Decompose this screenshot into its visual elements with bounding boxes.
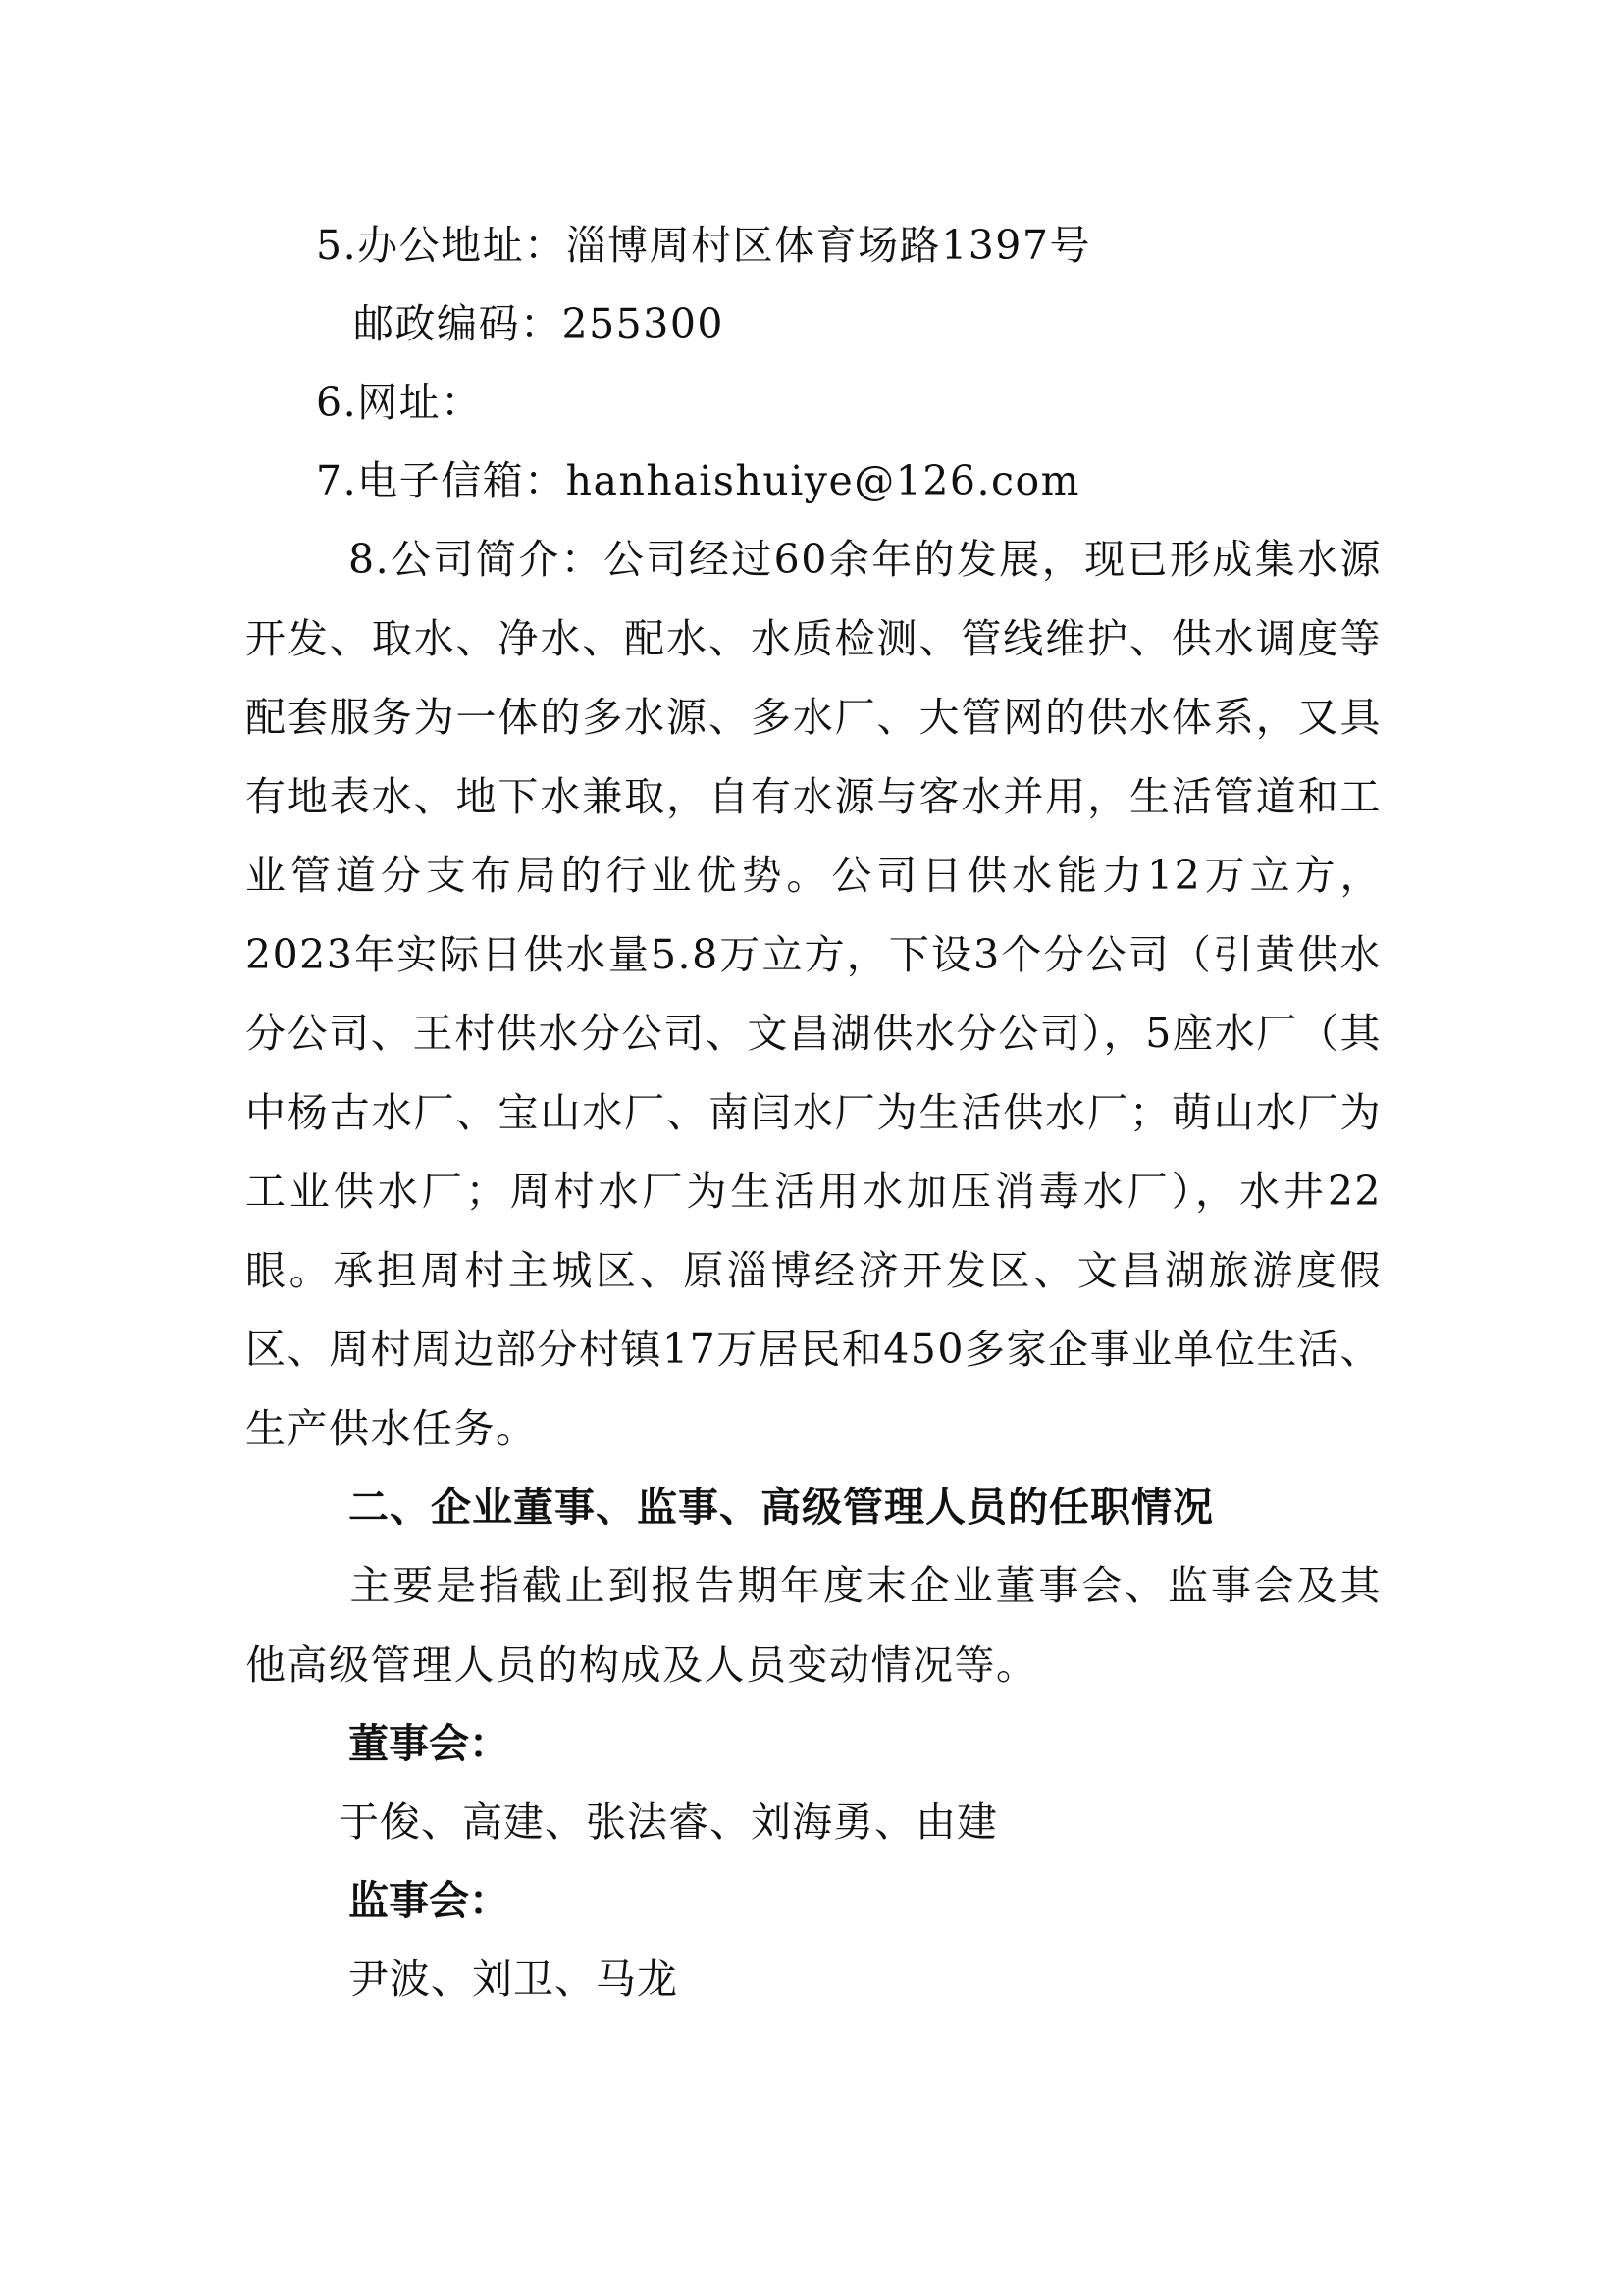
- email-value: hanhaishuiye@126.com: [566, 457, 1080, 504]
- section-intro-text: 主要是指截止到报告期年度末企业董事会、监事会及其他高级管理人员的构成及人员变动情…: [245, 1562, 1382, 1689]
- website-label: 6.网址：: [316, 379, 483, 426]
- postcode-line: 邮政编码：255300: [245, 285, 1382, 363]
- email-label: 7.电子信箱：: [316, 457, 566, 504]
- company-profile-paragraph: 8.公司简介：公司经过60余年的发展，现已形成集水源开发、取水、净水、配水、水质…: [245, 520, 1382, 1468]
- section-heading: 二、企业董事、监事、高级管理人员的任职情况: [245, 1468, 1382, 1546]
- supervisory-board-label: 监事会：: [245, 1861, 1382, 1940]
- profile-label: 8.公司简介：: [348, 536, 603, 583]
- supervisory-board-members: 尹波、刘卫、马龙: [245, 1940, 1382, 2018]
- section-intro-paragraph: 主要是指截止到报告期年度末企业董事会、监事会及其他高级管理人员的构成及人员变动情…: [245, 1546, 1382, 1704]
- board-members: 于俊、高建、张法睿、刘海勇、由建: [245, 1783, 1382, 1861]
- profile-text: 公司经过60余年的发展，现已形成集水源开发、取水、净水、配水、水质检测、管线维护…: [245, 536, 1382, 1452]
- address-line: 5.办公地址：淄博周村区体育场路1397号: [245, 206, 1382, 285]
- website-line: 6.网址：: [245, 363, 1382, 442]
- board-label: 董事会：: [245, 1704, 1382, 1783]
- address-value: 淄博周村区体育场路1397号: [566, 222, 1091, 269]
- address-label: 5.办公地址：: [316, 222, 566, 269]
- postcode-value: 255300: [562, 300, 725, 347]
- email-line: 7.电子信箱：hanhaishuiye@126.com: [245, 442, 1382, 520]
- document-page: 5.办公地址：淄博周村区体育场路1397号 邮政编码：255300 6.网址： …: [245, 206, 1382, 2018]
- postcode-label: 邮政编码：: [353, 300, 562, 347]
